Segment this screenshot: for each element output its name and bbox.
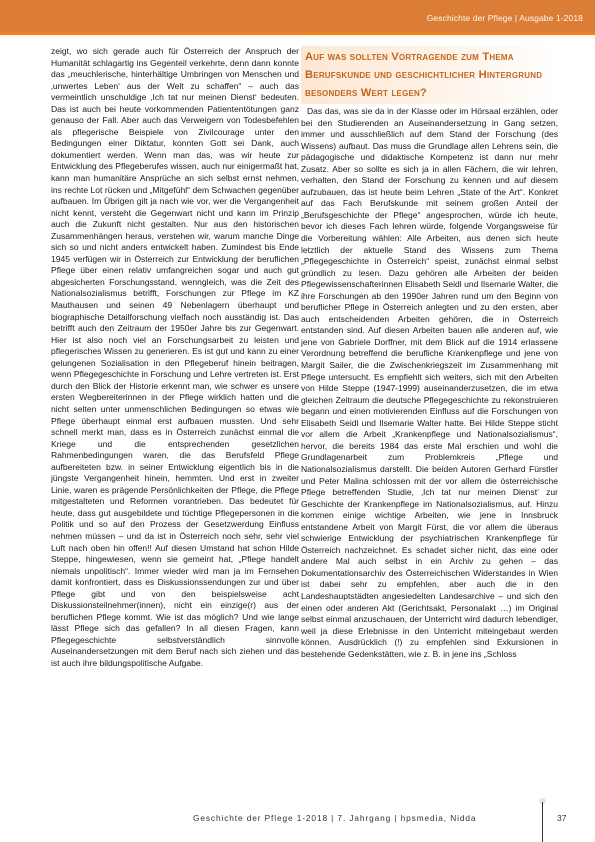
- header-fade: [0, 35, 595, 41]
- body-paragraph: Das das, was sie da in der Klasse oder i…: [301, 106, 558, 660]
- section-heading: Auf was sollten Vortragende zum Thema Be…: [301, 46, 558, 104]
- left-column: zeigt, wo sich gerade auch für Österreic…: [51, 46, 299, 670]
- right-column: Auf was sollten Vortragende zum Thema Be…: [301, 46, 558, 660]
- page-number: 37: [557, 813, 566, 823]
- running-head: Geschichte der Pflege | Ausgabe 1-2018: [427, 13, 583, 23]
- footer-divider: [542, 802, 543, 842]
- footer-citation: Geschichte der Pflege 1-2018 | 7. Jahrga…: [193, 813, 476, 823]
- body-paragraph: zeigt, wo sich gerade auch für Österreic…: [51, 46, 299, 670]
